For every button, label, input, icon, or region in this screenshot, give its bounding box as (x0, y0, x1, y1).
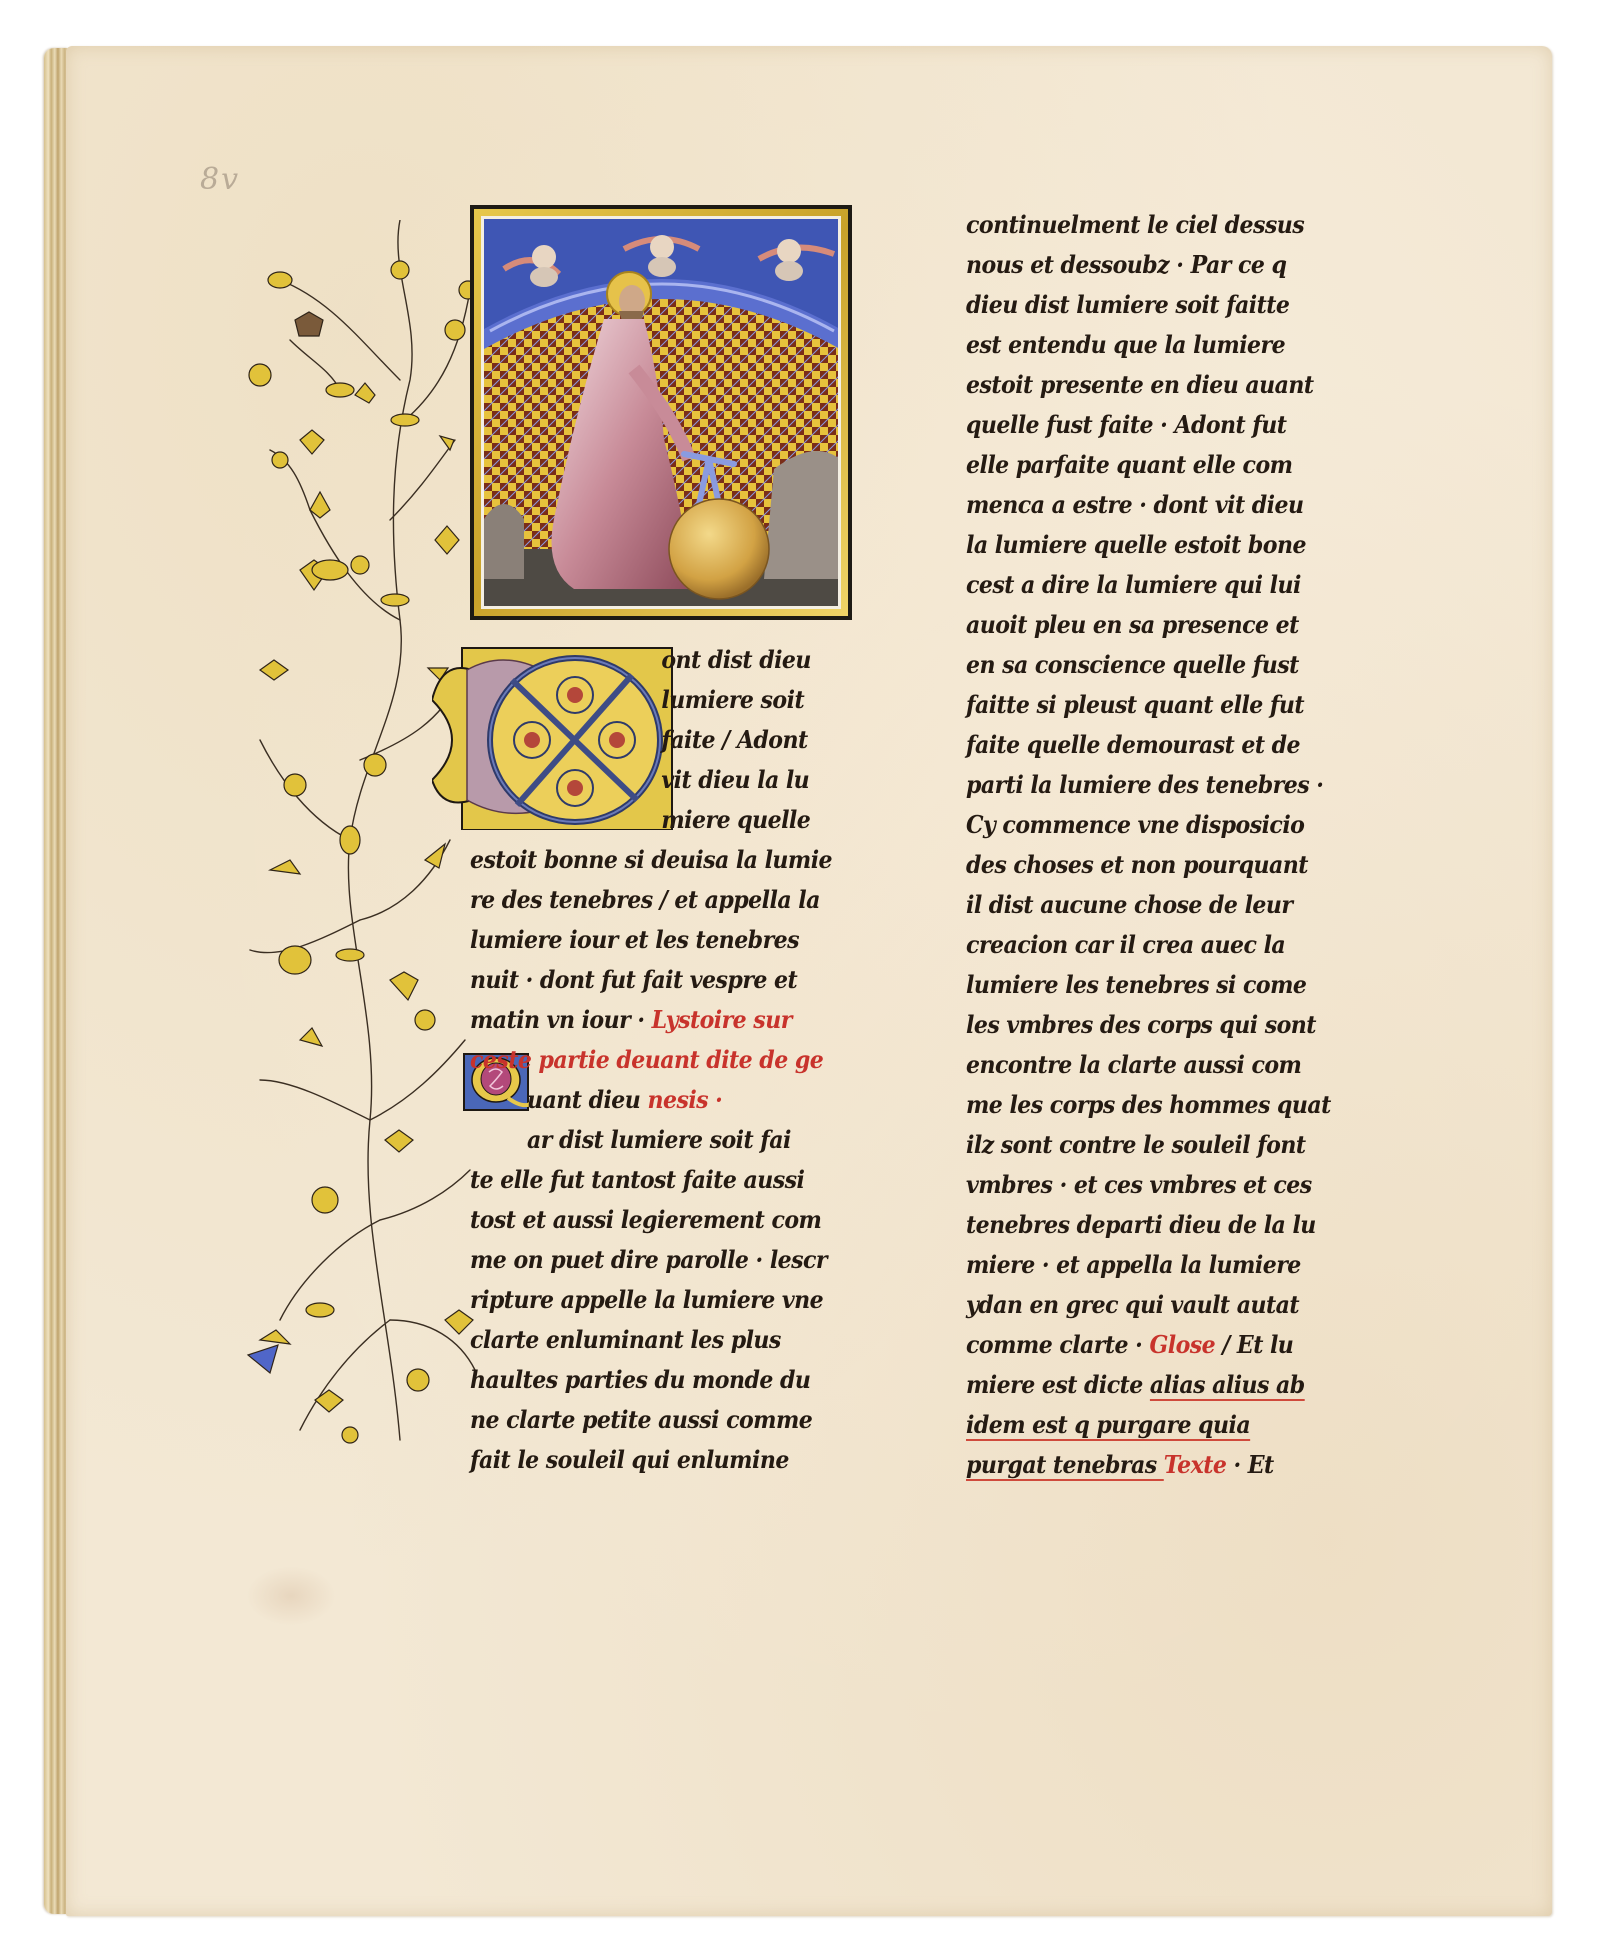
miniature-scene (481, 216, 841, 609)
text-line: miere quelle (470, 800, 829, 840)
text-segment: · Et (1226, 1450, 1273, 1479)
text-line: ont dist dieu (470, 640, 829, 680)
text-line: lumiere iour et les tenebres (470, 920, 829, 960)
text-line: me on puet dire parolle · lescr (470, 1240, 829, 1280)
text-line: re des tenebres / et appella la (470, 880, 829, 920)
text-line: Cy commence vne disposicio (966, 805, 1334, 845)
text-line: quelle fust faite · Adont fut (966, 405, 1334, 445)
text-line: purgat tenebras Texte · Et (966, 1445, 1334, 1485)
text-line: des choses et non pourquant (966, 845, 1334, 885)
text-segment: miere est dicte (966, 1370, 1150, 1399)
text-line: haultes parties du monde du (470, 1360, 829, 1400)
text-line: ripture appelle la lumiere vne (470, 1280, 829, 1320)
border-foliage-icon (240, 220, 480, 1450)
text-line: tenebres departi dieu de la lu (966, 1205, 1334, 1245)
text-line: vit dieu la lu (470, 760, 829, 800)
blue-leaf-icon (248, 1345, 278, 1373)
page-edges (44, 48, 68, 1914)
gold-frame (474, 209, 848, 616)
text-line: comme clarte · Glose / Et lu (966, 1325, 1334, 1365)
text-segment: comme clarte · (966, 1330, 1149, 1359)
text-segment: / Et lu (1215, 1330, 1293, 1359)
text-line: faite / Adont (470, 720, 829, 760)
text-line: faitte si pleust quant elle fut (966, 685, 1334, 725)
parchment-stain (246, 1566, 336, 1626)
folio-number: 8v (200, 162, 240, 197)
text-line: matin vn iour · Lystoire sur (470, 1000, 829, 1040)
text-line: miere est dicte alias alius ab (966, 1365, 1334, 1405)
text-line: dieu dist lumiere soit faitte (966, 285, 1334, 325)
text-line: te elle fut tantost faite aussi (470, 1160, 829, 1200)
rubric-line: ceste partie deuant dite de ge (470, 1040, 829, 1080)
text-line: tost et aussi legierement com (470, 1200, 829, 1240)
text-line: continuelment le ciel dessus (966, 205, 1334, 245)
text-line: encontre la clarte aussi com (966, 1045, 1334, 1085)
text-line: ar dist lumiere soit fai (470, 1120, 829, 1160)
text-line: il dist aucune chose de leur (966, 885, 1334, 925)
text-line: nous et dessoubz · Par ce q (966, 245, 1334, 285)
text-line: est entendu que la lumiere (966, 325, 1334, 365)
text-line: ne clarte petite aussi comme (470, 1400, 829, 1440)
text-line: ydan en grec qui vault autat (966, 1285, 1334, 1325)
text-line: creacion car il crea auec la (966, 925, 1334, 965)
underlined-segment: purgat tenebras (966, 1450, 1164, 1479)
rubric-segment: Glose (1149, 1330, 1215, 1359)
text-line: ilz sont contre le souleil font (966, 1125, 1334, 1165)
text-line: fait le souleil qui enlumine (470, 1440, 829, 1480)
right-text-column: continuelment le ciel dessus nous et des… (966, 205, 1366, 1485)
brown-flower-icon (295, 312, 323, 336)
text-line: miere · et appella la lumiere (966, 1245, 1334, 1285)
text-line: nuit · dont fut fait vespre et (470, 960, 829, 1000)
rubric-segment: nesis · (647, 1085, 722, 1114)
text-line: lumiere les tenebres si come (966, 965, 1334, 1005)
world-orb-icon (669, 499, 769, 599)
text-line: parti la lumiere des tenebres · (966, 765, 1334, 805)
text-line: lumiere soit (470, 680, 829, 720)
rubric-segment: Lystoire sur (652, 1005, 792, 1034)
text-segment: matin vn iour · (470, 1005, 652, 1034)
text-line: les vmbres des corps qui sont (966, 1005, 1334, 1045)
rubric-segment: Texte (1164, 1450, 1227, 1479)
text-line: uant dieu nesis · (470, 1080, 829, 1120)
underlined-line: idem est q purgare quia (966, 1405, 1334, 1445)
text-line: vmbres · et ces vmbres et ces (966, 1165, 1334, 1205)
text-line: me les corps des hommes quat (966, 1085, 1334, 1125)
text-line: la lumiere quelle estoit bone (966, 525, 1334, 565)
text-line: estoit presente en dieu auant (966, 365, 1334, 405)
text-line: en sa conscience quelle fust (966, 645, 1334, 685)
text-line: elle parfaite quant elle com (966, 445, 1334, 485)
underlined-segment: alias alius ab (1150, 1370, 1305, 1399)
text-line: faite quelle demourast et de (966, 725, 1334, 765)
left-text-column: ont dist dieu lumiere soit faite / Adont… (470, 640, 860, 1480)
text-segment: uant dieu (527, 1085, 647, 1114)
text-line: auoit pleu en sa presence et (966, 605, 1334, 645)
text-line: estoit bonne si deuisa la lumie (470, 840, 829, 880)
text-line: clarte enluminant les plus (470, 1320, 829, 1360)
text-line: cest a dire la lumiere qui lui (966, 565, 1334, 605)
text-line: menca a estre · dont vit dieu (966, 485, 1334, 525)
miniature-painting (470, 205, 852, 620)
